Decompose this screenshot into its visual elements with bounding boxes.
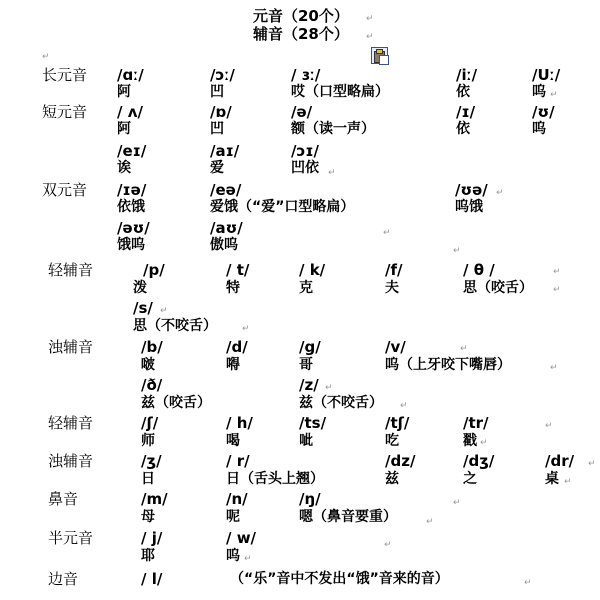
- heading-consonants: 辅音（28个）: [253, 26, 349, 42]
- chinese-hint: 依: [456, 121, 470, 137]
- chinese-hint: 日: [141, 471, 155, 487]
- ipa-symbol: /dz/: [385, 453, 415, 469]
- paragraph-mark: ↵: [242, 324, 250, 334]
- ipa-symbol: /iː/: [456, 67, 477, 83]
- row-label-nasals: 鼻音: [48, 491, 78, 507]
- paste-options-icon[interactable]: [371, 47, 388, 64]
- ipa-symbol: /eɪ/: [117, 143, 146, 159]
- ipa-symbol: /tʃ/: [385, 415, 409, 431]
- ipa-symbol: /ɑː/: [117, 67, 144, 83]
- paragraph-mark: ↵: [366, 32, 374, 42]
- chinese-hint: 凹: [210, 121, 224, 137]
- ipa-symbol: /p/: [143, 262, 165, 278]
- ipa-symbol: /s/: [133, 300, 153, 316]
- paragraph-mark: ↵: [453, 498, 461, 508]
- ipa-symbol: / j/: [141, 530, 162, 546]
- ipa-symbol: /ɒ/: [210, 104, 232, 120]
- chinese-hint: 夫: [385, 280, 399, 296]
- ipa-symbol: /ŋ/: [299, 491, 321, 507]
- ipa-symbol: /v/: [385, 339, 406, 355]
- chinese-hint: 克: [299, 280, 313, 296]
- chinese-hint: 凹: [210, 84, 224, 100]
- chinese-hint: 呜（上牙咬下嘴唇）: [385, 357, 511, 373]
- chinese-hint: 哎（口型略扁）: [291, 84, 389, 100]
- ipa-symbol: / k/: [299, 262, 325, 278]
- ipa-symbol: /z/: [299, 377, 319, 393]
- ipa-symbol: / ɜː/: [291, 67, 320, 83]
- heading-vowels: 元音（20个）: [253, 8, 349, 24]
- chinese-hint: 之: [463, 471, 477, 487]
- ipa-symbol: /tr/: [463, 415, 489, 431]
- ipa-symbol: /əʊ/: [117, 220, 150, 236]
- chinese-hint: 吃: [385, 433, 399, 449]
- paragraph-mark: ↵: [480, 438, 488, 448]
- chinese-hint: 特: [226, 280, 240, 296]
- chinese-hint: 兹（咬舌）: [141, 395, 211, 411]
- chinese-hint: （“乐”音中不发出“饿”音来的音）: [230, 571, 449, 587]
- ipa-symbol: /ɔː/: [210, 67, 235, 83]
- ipa-symbol: /aɪ/: [210, 143, 239, 159]
- paragraph-mark: ↵: [460, 344, 468, 354]
- paragraph-mark: ↵: [588, 459, 596, 469]
- chinese-hint: 母: [141, 509, 155, 525]
- chinese-hint: 哥: [299, 357, 313, 373]
- ipa-symbol: /ɪə/: [117, 182, 146, 198]
- paragraph-mark: ↵: [383, 228, 391, 238]
- chinese-hint: 呲: [299, 433, 313, 449]
- paragraph-mark: ↵: [400, 401, 408, 411]
- paragraph-mark: ↵: [426, 517, 434, 527]
- paragraph-mark: ↵: [325, 383, 333, 393]
- chinese-hint: 阿: [117, 84, 131, 100]
- chinese-hint: 阿: [117, 121, 131, 137]
- ipa-symbol: /ʃ/: [141, 415, 158, 431]
- chinese-hint: 桌: [545, 471, 559, 487]
- chinese-hint: 思（咬舌）: [463, 280, 533, 296]
- row-label-voiceless-consonants: 轻辅音: [48, 262, 93, 278]
- paragraph-mark: ↵: [553, 267, 561, 277]
- chinese-hint: 依饿: [117, 199, 145, 215]
- paragraph-mark: ↵: [545, 421, 553, 431]
- row-label-voiceless-consonants-2: 轻辅音: [48, 415, 93, 431]
- ipa-symbol: / t/: [226, 262, 249, 278]
- paragraph-mark: ↵: [550, 90, 558, 100]
- ipa-symbol: / θ /: [463, 262, 495, 278]
- paragraph-mark: ↵: [160, 306, 168, 316]
- ipa-symbol: /ð/: [141, 377, 162, 393]
- ipa-symbol: / h/: [226, 415, 253, 431]
- chinese-hint: 喝: [226, 433, 240, 449]
- ipa-symbol: /eə/: [210, 182, 241, 198]
- ipa-symbol: / w/: [226, 530, 256, 546]
- ipa-symbol: / ʌ/: [117, 104, 143, 120]
- row-label-semivowels: 半元音: [48, 530, 93, 546]
- chinese-hint: 爱饿（“爱”口型略扁）: [210, 199, 354, 215]
- ipa-symbol: /d/: [226, 339, 248, 355]
- chinese-hint: 呜: [532, 121, 546, 137]
- ipa-symbol: / r/: [226, 453, 250, 469]
- chinese-hint: 饿呜: [117, 237, 145, 253]
- chinese-hint: 师: [141, 433, 155, 449]
- chinese-hint: 兹（不咬舌）: [299, 395, 383, 411]
- paragraph-mark: ↵: [244, 554, 252, 564]
- chinese-hint: 思（不咬舌）: [133, 318, 217, 334]
- chinese-hint: 嘚: [226, 357, 240, 373]
- paragraph-mark: ↵: [366, 14, 374, 24]
- ipa-symbol: /aʊ/: [210, 220, 243, 236]
- ipa-symbol: /ɔɪ/: [291, 143, 319, 159]
- row-label-short-vowels: 短元音: [42, 104, 87, 120]
- chinese-hint: 啵: [141, 357, 155, 373]
- paragraph-mark: ↵: [328, 168, 336, 178]
- row-label-diphthongs: 双元音: [42, 182, 87, 198]
- paragraph-mark: ↵: [553, 285, 561, 295]
- paragraph-mark: ↵: [453, 246, 461, 256]
- ipa-symbol: /m/: [141, 491, 168, 507]
- ipa-symbol: /dʒ/: [463, 453, 494, 469]
- paragraph-mark: ↵: [550, 363, 558, 373]
- ipa-symbol: /ʊ/: [532, 104, 555, 120]
- chinese-hint: 耶: [141, 548, 155, 564]
- row-label-voiced-consonants: 浊辅音: [48, 339, 93, 355]
- paragraph-mark: ↵: [496, 188, 504, 198]
- ipa-symbol: /ts/: [299, 415, 326, 431]
- chinese-hint: 呜: [226, 548, 240, 564]
- chinese-hint: 呜饿: [455, 199, 483, 215]
- ipa-symbol: /ʒ/: [141, 453, 162, 469]
- row-label-lateral: 边音: [48, 571, 78, 587]
- row-label-voiced-consonants-2: 浊辅音: [48, 453, 93, 469]
- chinese-hint: 嗯（鼻音要重）: [299, 509, 397, 525]
- ipa-symbol: / l/: [141, 571, 162, 587]
- ipa-symbol: /f/: [385, 262, 402, 278]
- ipa-symbol: /b/: [141, 339, 163, 355]
- ipa-symbol: /dr/: [545, 453, 574, 469]
- chinese-hint: 依: [456, 84, 470, 100]
- chinese-hint: 日（舌头上翘）: [226, 471, 324, 487]
- chinese-hint: 凹依: [291, 160, 319, 176]
- ipa-symbol: /n/: [226, 491, 248, 507]
- chinese-hint: 诶: [117, 160, 131, 176]
- ipa-symbol: /ɪ/: [456, 104, 475, 120]
- paragraph-mark: ↵: [524, 578, 532, 588]
- chinese-hint: 爱: [210, 160, 224, 176]
- chinese-hint: 戳: [463, 433, 477, 449]
- chinese-hint: 呢: [226, 509, 240, 525]
- chinese-hint: 呜: [532, 84, 546, 100]
- ipa-symbol: /Uː/: [532, 67, 560, 83]
- row-label-long-vowels: 长元音: [42, 67, 87, 83]
- paragraph-mark: ↵: [564, 477, 572, 487]
- ipa-symbol: /ʊə/: [455, 182, 488, 198]
- paragraph-mark: ↵: [384, 540, 392, 550]
- chinese-hint: 傲呜: [210, 237, 238, 253]
- paragraph-mark: ↵: [42, 52, 50, 62]
- ipa-symbol: /g/: [299, 339, 321, 355]
- chinese-hint: 额（读一声）: [291, 121, 375, 137]
- ipa-symbol: /ə/: [291, 104, 312, 120]
- chinese-hint: 泼: [133, 280, 147, 296]
- chinese-hint: 兹: [385, 471, 399, 487]
